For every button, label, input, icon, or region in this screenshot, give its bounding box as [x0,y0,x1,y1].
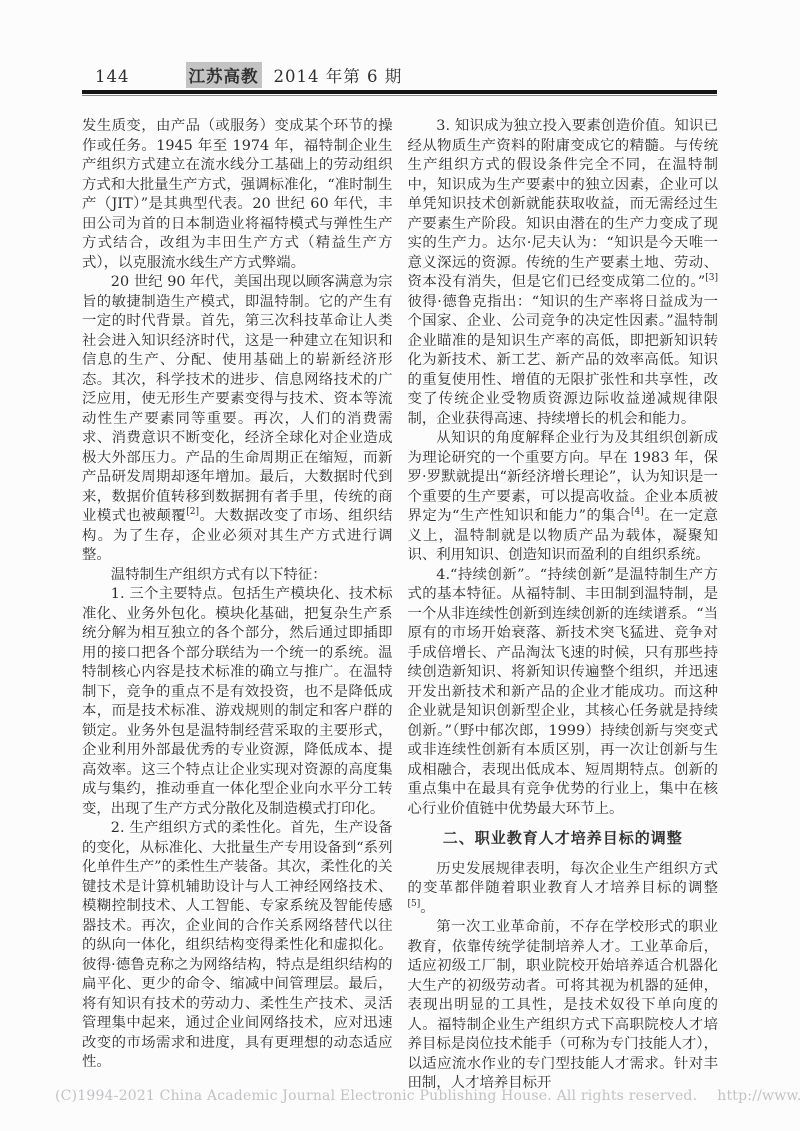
paragraph: 温特制生产组织方式有以下特征： [82,566,393,586]
page-footer: (C)1994-2021 China Academic Journal Elec… [55,1088,800,1104]
paragraph: 20 世纪 90 年代，美国出现以顾客满意为宗旨的敏捷制造生产模式，即温特制。它… [82,273,393,566]
paragraph-feature-2: 2. 生产组织方式的柔性化。首先，生产设备的变化，从标准化、大批量生产专用设备到… [82,819,393,1073]
issue-info: 2014 年第 6 期 [274,63,403,87]
page-number: 144 [95,67,130,86]
paragraph: 历史发展规律表明，每次企业生产组织方式的变革都伴随着职业教育人才培养目标的调整[… [408,860,719,919]
journal-title: 江苏高教 [186,62,262,88]
paragraph-feature-4: 4.“持续创新”。“持续创新”是温特制生产方式的基本特征。从福特制、丰田制到温特… [408,566,719,820]
divider-thick-line [82,90,717,94]
paragraph-feature-1: 1. 三个主要特点。包括生产模块化、技术标准化、业务外包化。模块化基础，把复杂生… [82,585,393,819]
left-column: 发生质变，由产品（或服务）变成某个环节的操作或任务。1945 年至 1974 年… [82,117,393,1094]
journal-page: 144 江苏高教 2014 年第 6 期 发生质变，由产品（或服务）变成某个环节… [0,0,800,1131]
paragraph-feature-3: 3. 知识成为独立投入要素创造价值。知识已经从物质生产资料的附庸变成它的精髓。与… [408,117,719,429]
page-header: 144 江苏高教 2014 年第 6 期 [95,62,402,88]
footer-url: http://www.cnki.net [717,1088,800,1104]
paragraph: 从知识的角度解释企业行为及其组织创新成为理论研究的一个重要方向。早在 1983 … [408,429,719,566]
section-heading: 二、职业教育人才培养目标的调整 [408,829,719,849]
right-column: 3. 知识成为独立投入要素创造价值。知识已经从物质生产资料的附庸变成它的精髓。与… [408,117,719,1094]
header-divider [82,90,717,96]
article-body: 发生质变，由产品（或服务）变成某个环节的操作或任务。1945 年至 1974 年… [82,117,718,1094]
paragraph: 第一次工业革命前，不存在学校形式的职业教育，依靠传统学徒制培养人才。工业革命后，… [408,918,719,1094]
paragraph-continuation: 发生质变，由产品（或服务）变成某个环节的操作或任务。1945 年至 1974 年… [82,117,393,273]
copyright-text: (C)1994-2021 China Academic Journal Elec… [55,1088,697,1104]
divider-thin-line [82,95,717,97]
